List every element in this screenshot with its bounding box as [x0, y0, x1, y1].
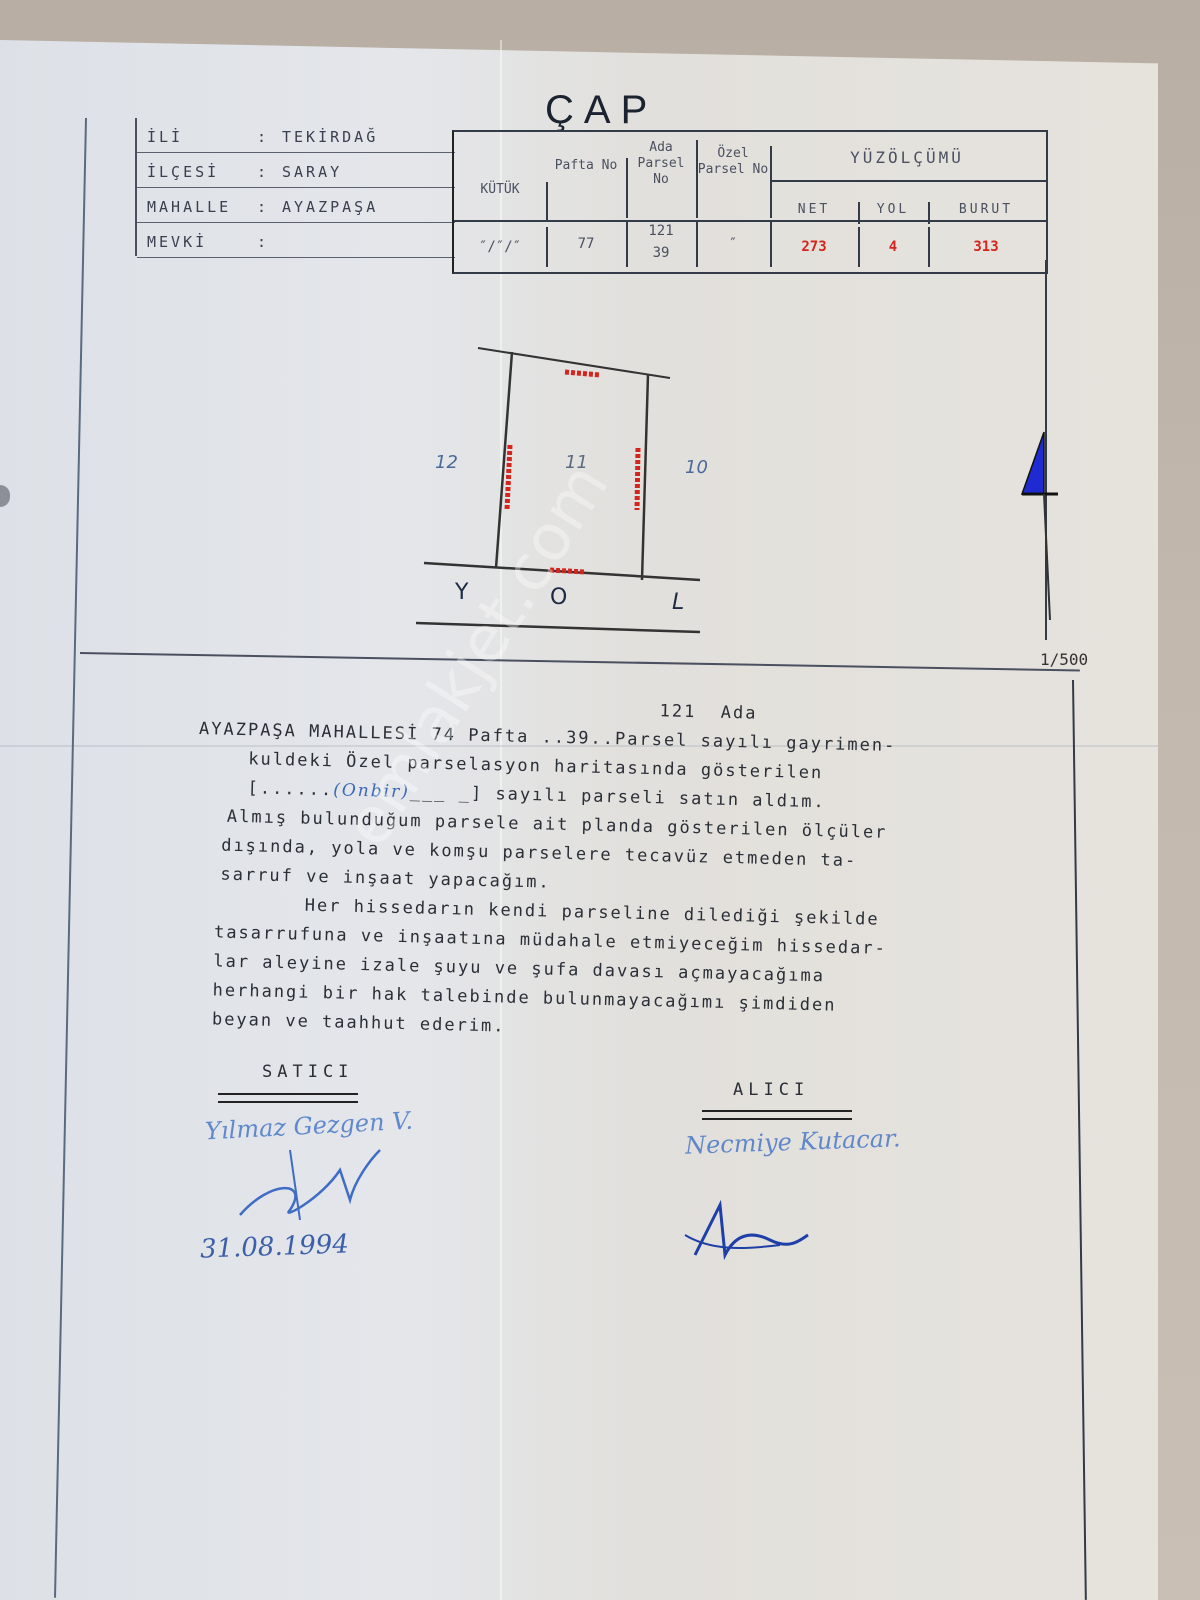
buyer-signature: [680, 1195, 820, 1279]
ada-value: 121: [626, 220, 696, 242]
label: İLİ: [147, 128, 183, 146]
road-letter: O: [550, 585, 567, 610]
handwritten-parcel: (Onbir): [333, 780, 410, 802]
label: MEVKİ: [147, 233, 207, 251]
bracket: [......: [247, 778, 333, 800]
scale-label: 1/500: [1040, 650, 1088, 669]
pafta-number: 74: [431, 725, 456, 746]
ada-parsel-value: 121 39: [626, 220, 698, 267]
parcel-info-table: KÜTÜK ″/″/″ Pafta No 77 Ada Parsel No 12…: [452, 130, 1048, 274]
road-letter: Y: [455, 580, 468, 605]
location-table: İLİ : TEKİRDAĞ İLÇESİ : SARAY MAHALLE : …: [135, 118, 455, 256]
value: AYAZPAŞA: [282, 198, 378, 216]
declaration-text: 121 Ada AYAZPAŞA MAHALLESİ 74 Pafta ..39…: [191, 690, 1059, 1059]
neighborhood-name: AYAZPAŞA MAHALLESİ: [199, 719, 420, 744]
pafta-value: 77: [546, 222, 628, 267]
buyer-label: ALICI: [733, 1080, 809, 1100]
seller-underline: [218, 1093, 358, 1103]
parsel-value: 39: [626, 242, 696, 264]
row-mahalle: MAHALLE : AYAZPAŞA: [137, 188, 455, 223]
kutuk-value: ″/″/″: [454, 227, 548, 267]
ozel-parsel-value: ″: [696, 222, 772, 267]
ada-label: Ada: [721, 703, 758, 724]
buyer-underline: [702, 1110, 852, 1120]
road-letter: L: [672, 590, 684, 615]
neighbor-parcel-right: 10: [685, 457, 708, 478]
yol-value: 4: [858, 227, 930, 267]
north-arrow-icon: [1020, 430, 1060, 634]
value: SARAY: [282, 163, 342, 181]
value: TEKİRDAĞ: [282, 128, 378, 146]
document-title: ÇAP: [545, 88, 657, 133]
seller-signature: [230, 1140, 410, 1234]
yuzolcumu-header: YÜZÖLÇÜMÜ: [770, 150, 1044, 180]
parcel-number: 11: [565, 452, 588, 473]
colon: :: [257, 233, 269, 251]
ada-parsel-header: Ada Parsel No: [626, 140, 698, 218]
label: MAHALLE: [147, 198, 231, 216]
colon: :: [257, 198, 269, 216]
signature-date: 31.08.1994: [200, 1229, 350, 1264]
pafta-header: Pafta No: [546, 158, 628, 218]
row-il: İLİ : TEKİRDAĞ: [137, 118, 455, 153]
burut-value: 313: [928, 227, 1044, 267]
parsel-number: 39: [566, 728, 591, 749]
label: İLÇESİ: [147, 163, 219, 181]
row-ilce: İLÇESİ : SARAY: [137, 153, 455, 188]
kutuk-header: KÜTÜK: [454, 182, 548, 222]
colon: :: [257, 128, 269, 146]
ozel-parsel-header: Özel Parsel No: [696, 146, 772, 218]
net-value: 273: [770, 227, 860, 267]
parcel-plan: 12 11 10 Y O L: [400, 330, 720, 640]
seller-label: SATICI: [262, 1062, 353, 1082]
colon: :: [257, 163, 269, 181]
row-mevki: MEVKİ :: [137, 223, 455, 258]
neighbor-parcel-left: 12: [435, 452, 458, 473]
ada-number: 121: [659, 701, 696, 722]
pafta-label: Pafta: [468, 726, 530, 747]
